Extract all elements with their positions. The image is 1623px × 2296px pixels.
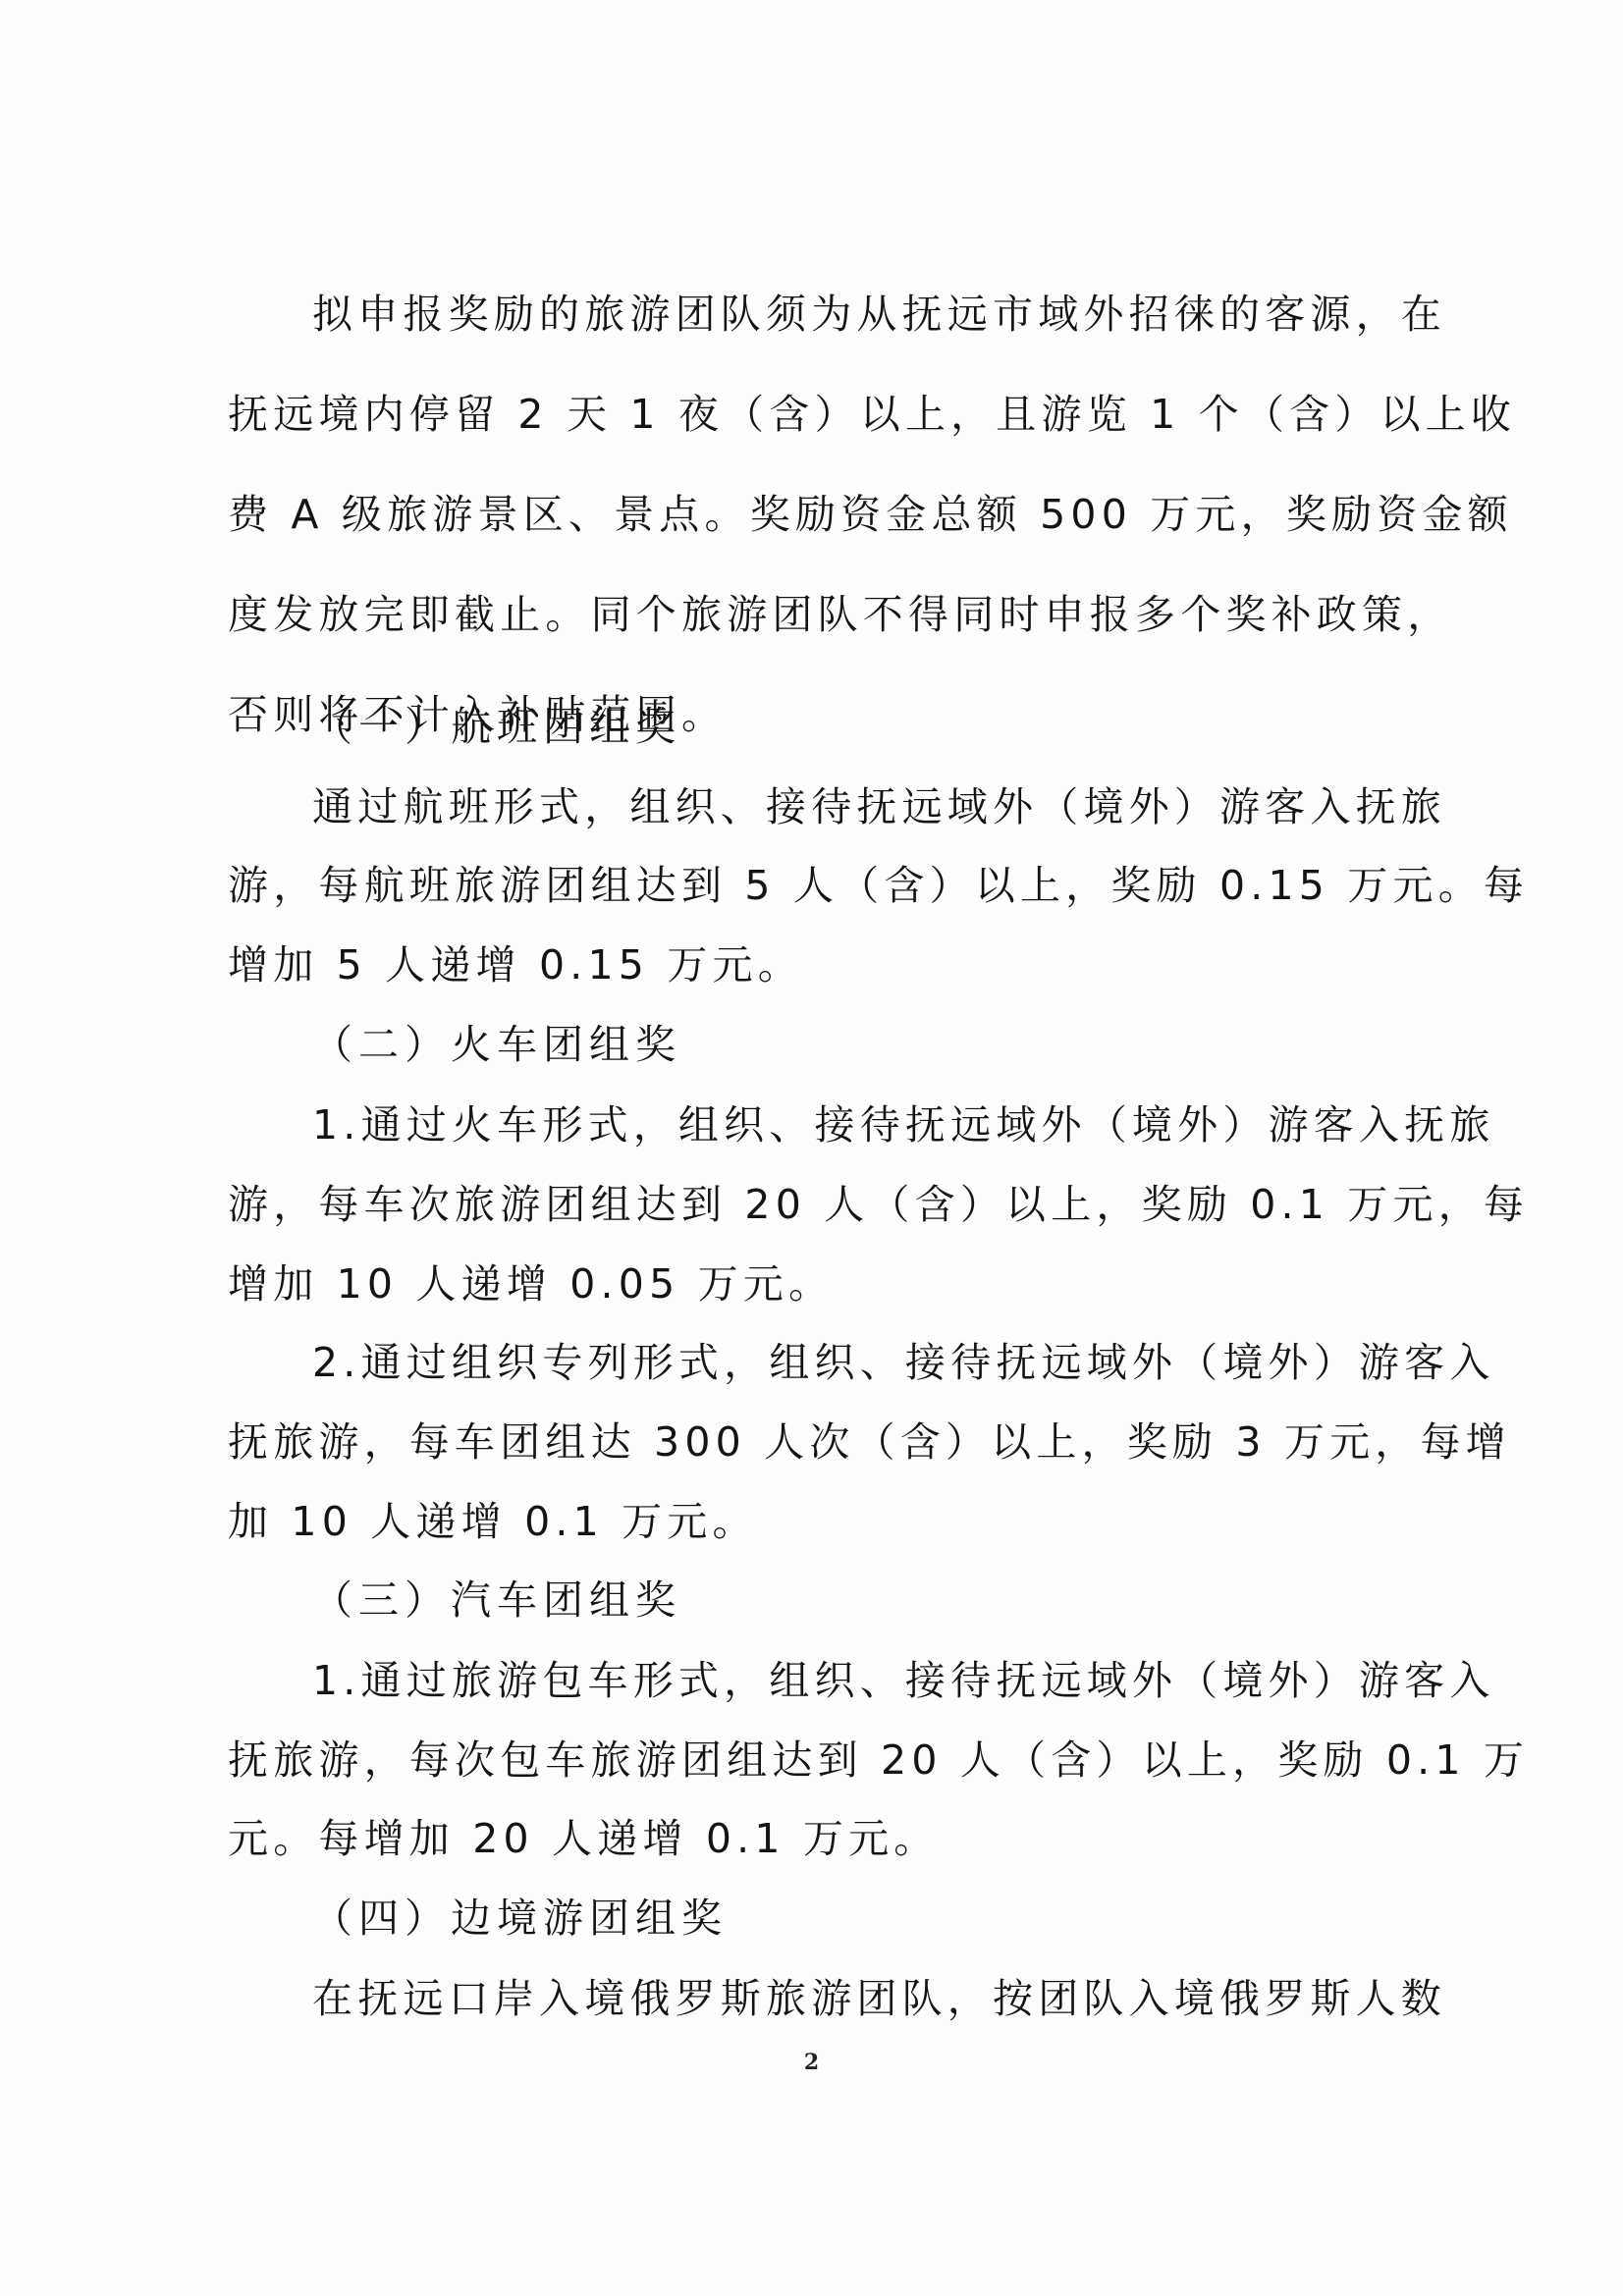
body-line: 2.通过组织专列形式，组织、接待抚远域外（境外）游客入: [312, 1333, 1421, 1392]
section-heading-flight: （一）航班团组奖: [312, 697, 681, 756]
body-line: 抚旅游，每次包车旅游团组达到 20 人（含）以上，奖励 0.1 万: [228, 1731, 1421, 1789]
body-line: 增加 10 人递增 0.05 万元。: [228, 1255, 1421, 1313]
body-line: 元。每增加 20 人递增 0.1 万元。: [228, 1809, 1421, 1868]
body-line: 拟申报奖励的旅游团队须为从抚远市域外招徕的客源，在: [312, 285, 1421, 344]
section-heading-border: （四）边境游团组奖: [312, 1889, 728, 1948]
section-heading-train: （二）火车团组奖: [312, 1015, 681, 1074]
body-line: 抚远境内停留 2 天 1 夜（含）以上，且游览 1 个（含）以上收: [228, 385, 1421, 444]
body-line: 费 A 级旅游景区、景点。奖励资金总额 500 万元，奖励资金额: [228, 485, 1421, 544]
section-heading-bus: （三）汽车团组奖: [312, 1571, 681, 1629]
body-line: 抚旅游，每车团组达 300 人次（含）以上，奖励 3 万元，每增: [228, 1413, 1421, 1471]
body-line: 1.通过火车形式，组织、接待抚远域外（境外）游客入抚旅: [312, 1095, 1421, 1154]
body-line: 度发放完即截止。同个旅游团队不得同时申报多个奖补政策，: [228, 585, 1421, 644]
document-page: 拟申报奖励的旅游团队须为从抚远市域外招徕的客源，在 抚远境内停留 2 天 1 夜…: [0, 0, 1623, 2296]
body-line: 游，每航班旅游团组达到 5 人（含）以上，奖励 0.15 万元。每: [228, 856, 1421, 915]
body-line: 通过航班形式，组织、接待抚远域外（境外）游客入抚旅: [312, 777, 1421, 836]
page-number: 2: [0, 2050, 1623, 2075]
body-line: 加 10 人递增 0.1 万元。: [228, 1492, 1421, 1551]
body-line: 1.通过旅游包车形式，组织、接待抚远域外（境外）游客入: [312, 1651, 1421, 1710]
body-line: 增加 5 人递增 0.15 万元。: [228, 935, 1421, 994]
body-line: 游，每车次旅游团组达到 20 人（含）以上，奖励 0.1 万元，每: [228, 1175, 1421, 1234]
body-line: 在抚远口岸入境俄罗斯旅游团队，按团队入境俄罗斯人数: [312, 1969, 1421, 2028]
